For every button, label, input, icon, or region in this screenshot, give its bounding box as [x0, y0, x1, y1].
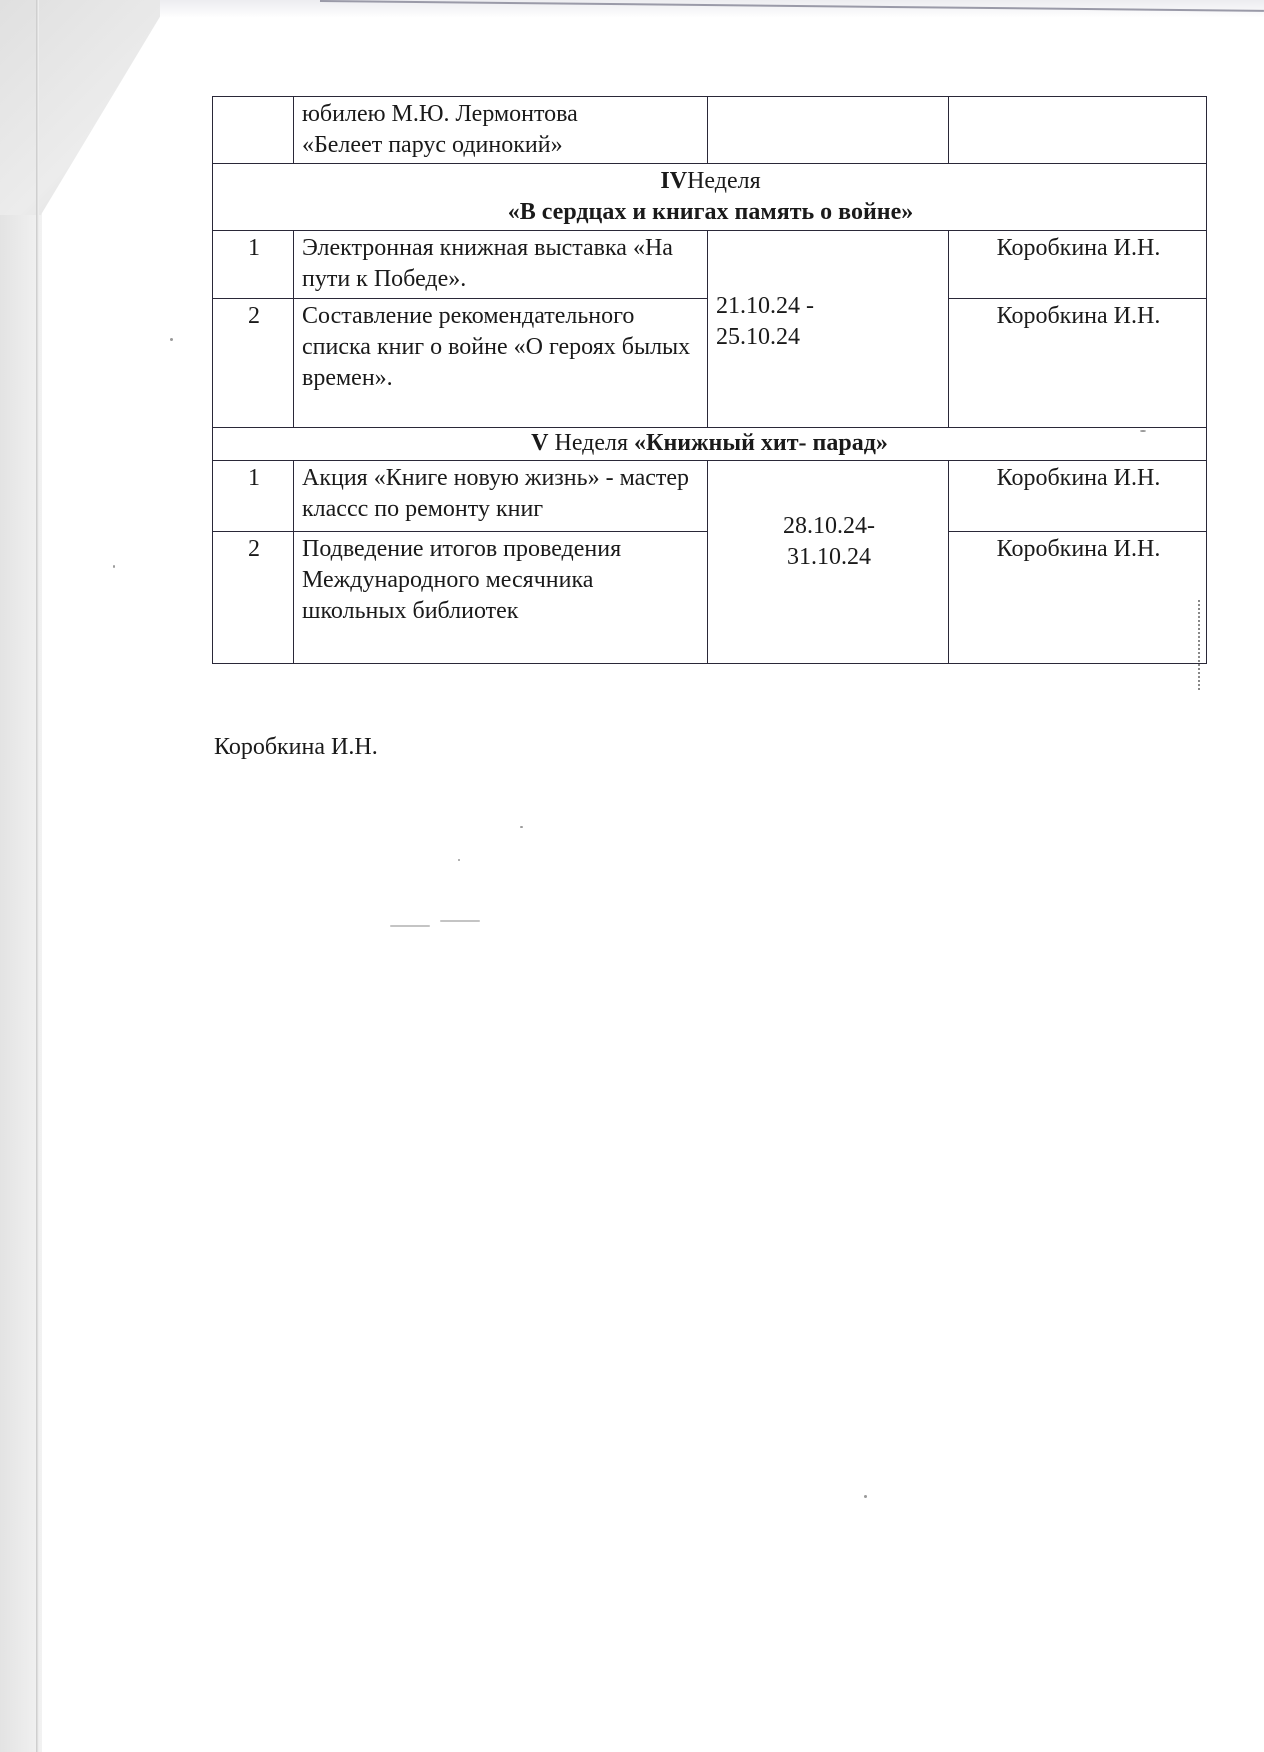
week-header: V Неделя «Книжный хит- парад»	[213, 428, 1207, 461]
week-number: IV	[660, 168, 687, 194]
event-cell: Акция «Книге новую жизнь» - мастер класс…	[294, 461, 708, 532]
responsible-cell	[949, 97, 1207, 164]
responsible-cell: Коробкина И.Н.	[949, 532, 1207, 664]
event-plan-table: юбилею М.Ю. Лермонтова «Белеет парус оди…	[212, 96, 1207, 664]
event-cell: юбилею М.Ю. Лермонтова «Белеет парус оди…	[294, 97, 708, 164]
dates-cell: 28.10.24- 31.10.24	[708, 461, 949, 664]
row-number: 2	[213, 299, 294, 428]
scan-speck	[458, 859, 460, 861]
week-theme: «Книжный хит- парад»	[634, 430, 888, 456]
week-theme: «В сердцах и книгах память о войне»	[221, 197, 1200, 228]
scan-speck	[1140, 430, 1146, 432]
folded-page-corner	[0, 0, 170, 215]
event-line: «Белеет парус одинокий»	[302, 130, 701, 161]
signature-name: Коробкина И.Н.	[214, 734, 378, 761]
week-header-row: IVНеделя «В сердцах и книгах память о во…	[213, 164, 1207, 231]
week-number: V	[531, 430, 548, 456]
scan-speck	[864, 1495, 867, 1498]
scan-speck	[520, 826, 523, 828]
document-page: юбилею М.Ю. Лермонтова «Белеет парус оди…	[212, 96, 1206, 664]
event-cell: Электронная книжная выставка «На пути к …	[294, 231, 708, 299]
page-edge-shadow	[36, 0, 39, 1752]
row-number: 2	[213, 532, 294, 664]
date-line: 21.10.24 -	[716, 291, 942, 322]
week-word: Неделя	[687, 168, 761, 194]
week-header: IVНеделя «В сердцах и книгах память о во…	[213, 164, 1207, 231]
row-number: 1	[213, 461, 294, 532]
date-line: 25.10.24	[716, 322, 942, 353]
week-header-row: V Неделя «Книжный хит- парад»	[213, 428, 1207, 461]
dates-cell: 21.10.24 - 25.10.24	[708, 231, 949, 428]
table-row: 1 Акция «Книге новую жизнь» - мастер кла…	[213, 461, 1207, 532]
event-line: юбилею М.Ю. Лермонтова	[302, 99, 701, 130]
dates-cell	[708, 97, 949, 164]
scan-speck	[113, 565, 115, 568]
scan-speck	[170, 338, 173, 341]
scan-speck	[390, 925, 430, 927]
event-cell: Составление рекомендательного списка кни…	[294, 299, 708, 428]
responsible-cell: Коробкина И.Н.	[949, 461, 1207, 532]
date-line: 31.10.24	[716, 542, 942, 573]
event-cell: Подведение итогов проведения Международн…	[294, 532, 708, 664]
table-row: 1 Электронная книжная выставка «На пути …	[213, 231, 1207, 299]
table-row-continuation: юбилею М.Ю. Лермонтова «Белеет парус оди…	[213, 97, 1207, 164]
week-word: Неделя	[555, 430, 629, 456]
row-number	[213, 97, 294, 164]
date-line: 28.10.24-	[716, 511, 942, 542]
responsible-cell: Коробкина И.Н.	[949, 299, 1207, 428]
responsible-cell: Коробкина И.Н.	[949, 231, 1207, 299]
row-number: 1	[213, 231, 294, 299]
scan-speck	[440, 920, 480, 922]
